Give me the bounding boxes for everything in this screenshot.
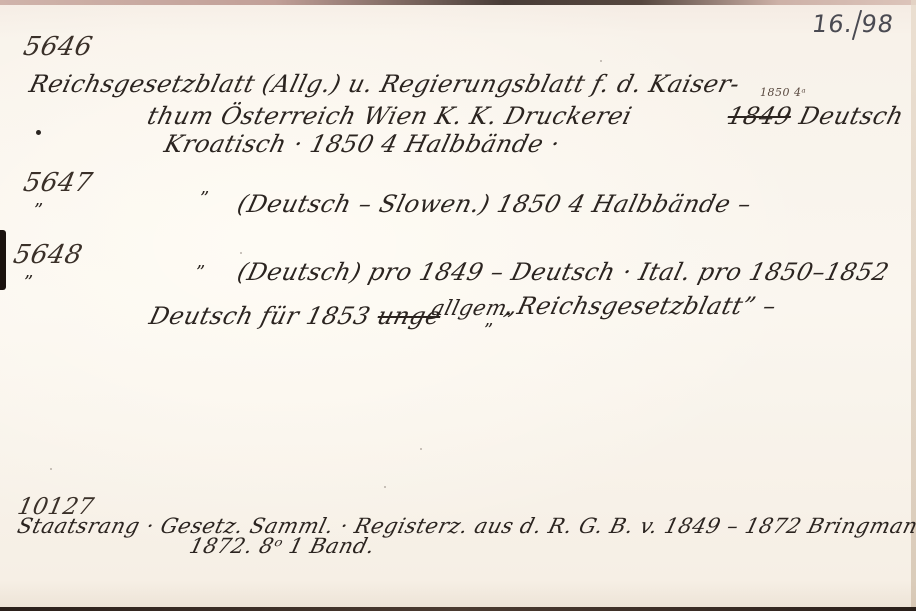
paper-speck (240, 252, 242, 254)
catalog-card: 16.98 5646 Reichsgesetzblatt (Allg.) u. … (0, 0, 916, 611)
paper-speck (420, 448, 422, 450)
ditto-mark: ” (24, 272, 34, 293)
page-reference-left: 16. (810, 10, 855, 38)
ink-mark (36, 130, 41, 135)
entry-10127-line-2: 1872. 8ᵒ 1 Band. (187, 534, 378, 558)
entry-5646-line-2: thum Österreich Wien K. K. Druckerei (145, 102, 635, 130)
page-reference-right: 98 (859, 10, 895, 38)
paper-speck (600, 60, 602, 62)
entry-5646-superscript-correction: 1850 4ᵃ (760, 86, 806, 99)
entry-10127-line-1: Staatsrang · Gesetz. Samml. · Registerz.… (15, 514, 916, 538)
paper-speck (50, 468, 52, 470)
entry-5646-struck-year: 1849 (725, 102, 795, 130)
entry-5648-line-1: (Deutsch) pro 1849 – Deutsch · Ital. pro… (235, 258, 892, 286)
entry-number-5647: 5647 (21, 168, 96, 198)
ditto-mark: ” (484, 320, 494, 341)
card-edge-shadow (0, 230, 6, 290)
entry-5646-line-3: Kroatisch · 1850 4 Halbbände · (162, 130, 563, 158)
paper-speck (384, 486, 386, 488)
page-reference: 16.98 (810, 10, 896, 40)
entry-5648-line-2c: „Reichsgesetzblatt” – (502, 292, 780, 320)
entry-5646-line-2b: Deutsch (797, 102, 907, 130)
entry-number-5646: 5646 (21, 32, 96, 62)
entry-5647-line-1: (Deutsch – Slowen.) 1850 4 Halbbände – (235, 190, 755, 218)
ditto-mark: ” (34, 200, 44, 221)
entry-5648-line-2: Deutsch für 1853 (147, 302, 374, 330)
entry-5646-line-1: Reichsgesetzblatt (Allg.) u. Regierungsb… (27, 70, 743, 98)
ditto-mark: ” (200, 188, 210, 209)
entry-number-5648: 5648 (11, 240, 86, 270)
ditto-mark: ” (196, 262, 206, 283)
